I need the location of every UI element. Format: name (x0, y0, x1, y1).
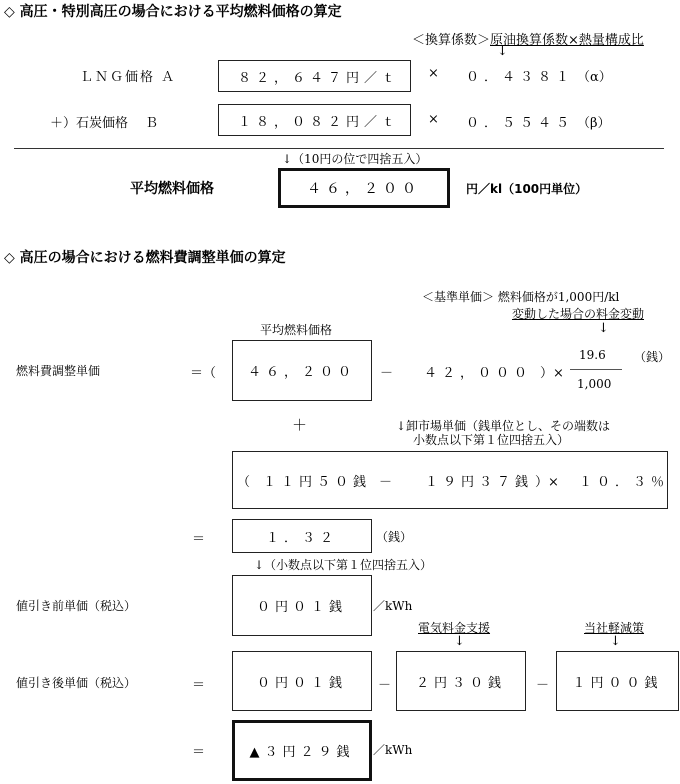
fuel-adjust-unit-label: 燃料費調整単価 (16, 362, 100, 379)
beta-tag: （β） (577, 112, 611, 131)
minus-sign: － (380, 362, 393, 381)
avg-price-caption: 平均燃料価格 (260, 321, 332, 338)
section1-title: ◇ 高圧・特別高圧の場合における平均燃料価格の算定 (4, 1, 342, 21)
pre-discount-value: ０円０１銭 (257, 596, 347, 615)
coal-price-value: １８，０８２円／ｔ (238, 111, 400, 130)
fraction-denominator: 1,000 (577, 377, 611, 391)
section2-title: ◇ 高圧の場合における燃料費調整単価の算定 (4, 247, 286, 267)
equals-sign: ＝ (192, 741, 205, 760)
times-sign: × (428, 112, 439, 127)
avg-fuel-price-unit: 円／kl（100円単位） (466, 180, 587, 197)
close-paren-times: ）× (535, 471, 559, 490)
alpha-tag: （α） (577, 66, 612, 85)
conversion-factor-header: ＜換算係数＞原油換算係数×熱量構成比 (412, 29, 644, 48)
final-unit-price-box: ▲３円２９銭 (232, 720, 372, 781)
company-reduction-box: １円００銭 (556, 651, 679, 711)
down-arrow-icon: ↓ (598, 321, 609, 336)
times-sign: × (428, 66, 439, 81)
wholesale-note-line2: 小数点以下第１位四捨五入） (413, 431, 569, 448)
lng-factor: ０．４３８１ (466, 66, 574, 85)
result-sen-value: １．３２ (266, 527, 338, 546)
plus-sign: ＋ (292, 414, 307, 435)
company-reduction-value: １円００銭 (572, 672, 662, 691)
per-kwh-unit: ／kWh (373, 597, 412, 614)
post-discount-box-base: ０円０１銭 (232, 651, 372, 711)
electricity-support-box: ２円３０銭 (396, 651, 526, 711)
final-unit-price-value: ▲３円２９銭 (250, 741, 355, 760)
wholesale-rate: １０．３％ (579, 471, 669, 490)
equals-open-paren: ＝（ (190, 362, 216, 381)
lng-price-value: ８２，６４７円／ｔ (238, 67, 400, 86)
base-header-prefix: ＜基準単価＞ (422, 290, 494, 304)
fraction-unit: （銭） (634, 348, 670, 365)
open-paren: （ (237, 471, 250, 490)
coal-price-box: １８，０８２円／ｔ (218, 104, 411, 136)
minus-sign: － (378, 674, 391, 693)
post-discount-base-value: ０円０１銭 (257, 672, 347, 691)
result-sen-box: １．３２ (232, 519, 372, 553)
conversion-header-prefix: ＜換算係数＞ (412, 33, 490, 48)
wholesale-box: （ １１円５０銭 － １９円３７銭 ）× １０．３％ (232, 451, 668, 509)
fraction-numerator: 19.6 (579, 348, 606, 362)
minus-sign: － (536, 674, 549, 693)
avg-fuel-price-box: ４６，２００ (278, 168, 450, 208)
down-arrow-icon: ↓ (454, 634, 465, 649)
wholesale-price-b: １９円３７銭 (425, 471, 533, 490)
base-price-value: ４２，０００ (424, 362, 532, 381)
close-paren-times: ）× (540, 362, 564, 381)
equals-sign: ＝ (192, 528, 205, 547)
wholesale-price-a: １１円５０銭 (263, 471, 371, 490)
lng-price-box: ８２，６４７円／ｔ (218, 60, 411, 92)
rounding-note-decimal: ↓（小数点以下第１位四捨五入） (254, 556, 432, 573)
avg-fuel-price-value: ４６，２００ (307, 178, 421, 198)
post-discount-label: 値引き後単価（税込） (16, 674, 136, 691)
lng-price-label: ＬＮＧ価格 Ａ (80, 66, 176, 85)
base-unit-header: ＜基準単価＞ 燃料価格が1,000円/kl (422, 288, 619, 305)
equals-sign: ＝ (192, 674, 205, 693)
sum-divider (14, 148, 664, 149)
down-arrow-icon: ↓ (497, 44, 508, 59)
pre-discount-box: ０円０１銭 (232, 575, 372, 636)
coal-factor: ０．５５４５ (466, 112, 574, 131)
minus-sign: － (379, 471, 392, 490)
result-sen-unit: （銭） (376, 528, 412, 545)
per-kwh-unit: ／kWh (373, 741, 412, 758)
avg-price-box: ４６，２００ (232, 340, 372, 401)
base-header-line1: 燃料価格が1,000円/kl (498, 290, 620, 304)
base-header-line2: 変動した場合の料金変動 (512, 305, 644, 322)
coal-price-label: ＋）石炭価格 Ｂ (50, 112, 158, 131)
avg-fuel-price-label: 平均燃料価格 (130, 178, 214, 198)
fraction-bar (570, 369, 622, 370)
electricity-support-value: ２円３０銭 (416, 672, 506, 691)
rounding-note-10yen: ↓（10円の位で四捨五入） (282, 150, 427, 167)
conversion-header-formula: 原油換算係数×熱量構成比 (490, 33, 644, 48)
avg-price-value: ４６，２００ (248, 361, 356, 380)
down-arrow-icon: ↓ (610, 634, 621, 649)
pre-discount-label: 値引き前単価（税込） (16, 597, 136, 614)
